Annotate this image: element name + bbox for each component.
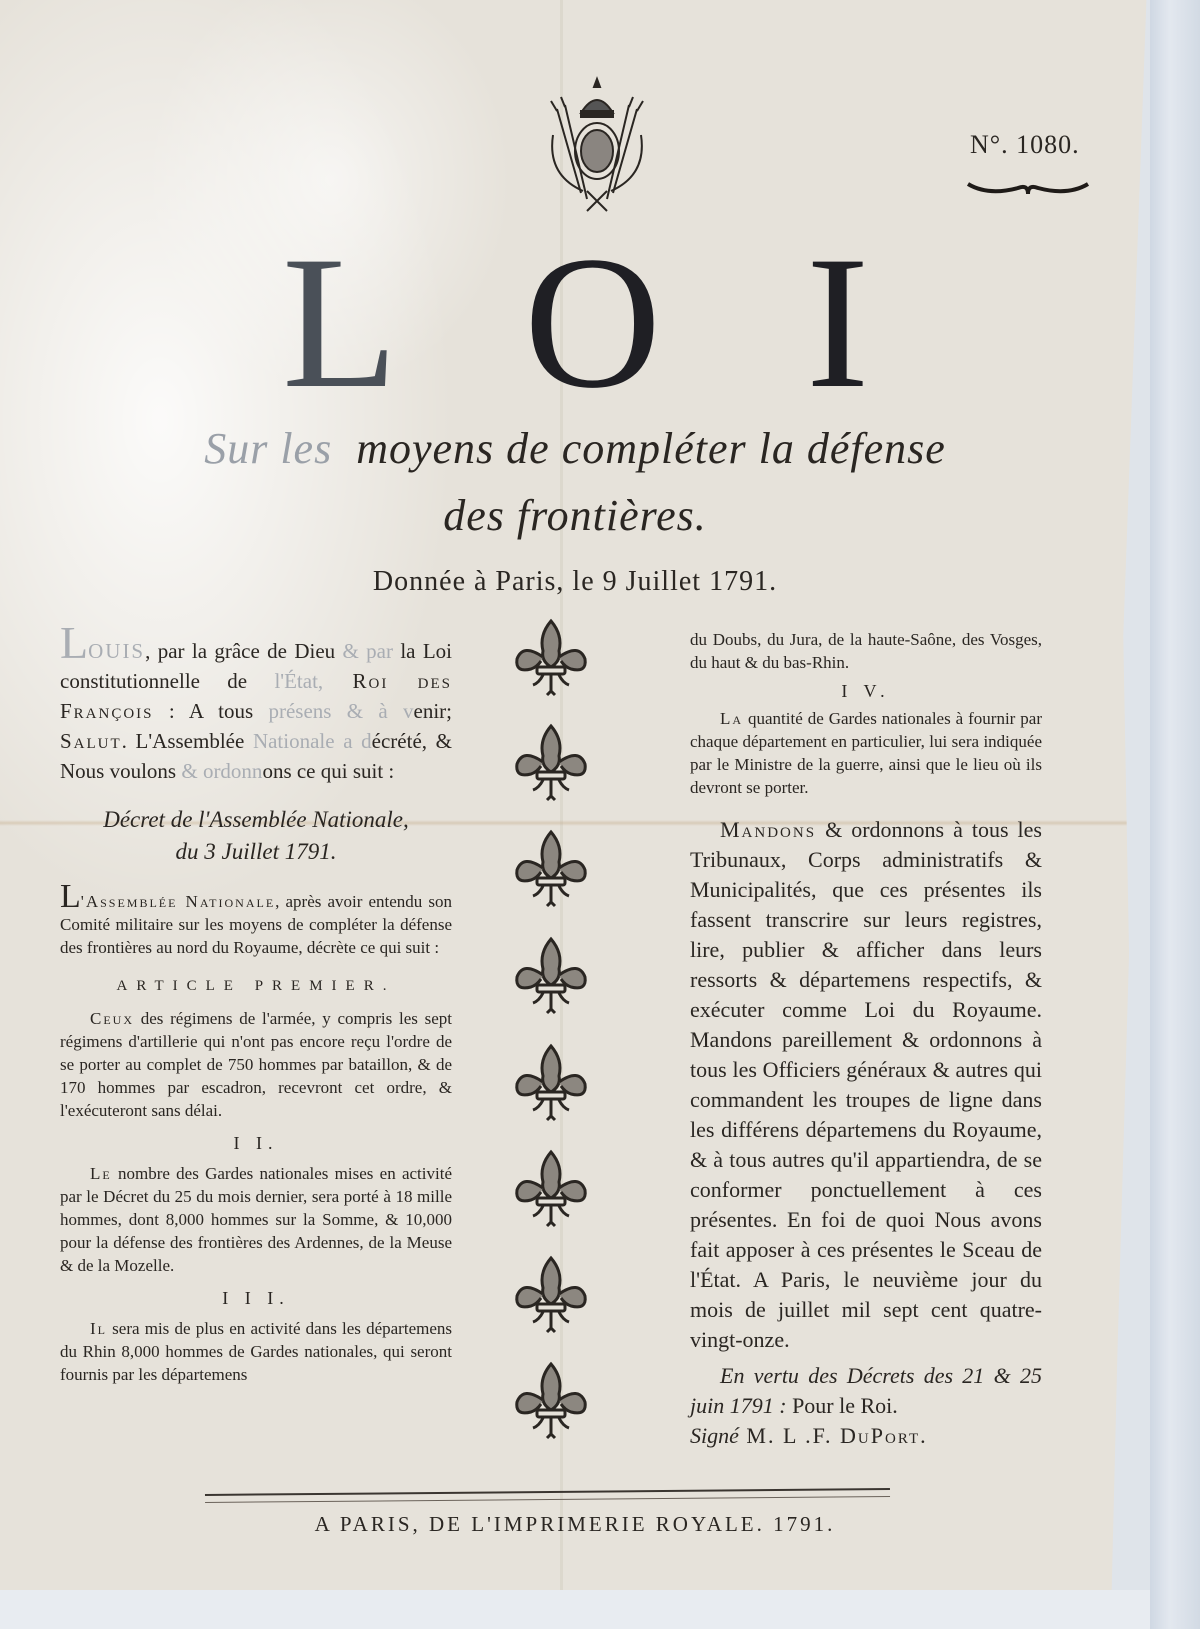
fleur-de-lis-icon: [513, 1360, 589, 1440]
frame-edge: [1150, 0, 1200, 1629]
article-body: Il sera mis de plus en activité dans les…: [60, 1317, 452, 1386]
signature: En vertu des Décrets des 21 & 25 juin 17…: [690, 1361, 1042, 1451]
article-heading: I I I.: [60, 1283, 452, 1313]
article-body: Ceux des régimens de l'armée, y compris …: [60, 1007, 452, 1122]
article-heading: I V.: [690, 680, 1042, 703]
title-letter: O: [524, 228, 661, 418]
subtitle: Sur les moyens de compléter la défense: [0, 423, 1150, 474]
subtitle: des frontières.: [0, 490, 1150, 541]
fleur-de-lis-icon: [513, 1042, 589, 1122]
preamble: LOUIS, par la grâce de Dieu & par la Loi…: [60, 628, 452, 786]
document-page: N°. 1080. L O I Sur les moyens de complé…: [0, 0, 1158, 1590]
right-column: du Doubs, du Jura, de la haute-Saône, de…: [690, 628, 1042, 1451]
page-title: L O I: [0, 228, 1150, 418]
title-letter: L: [282, 228, 398, 418]
left-column: LOUIS, par la grâce de Dieu & par la Loi…: [60, 628, 452, 1386]
fleur-de-lis-icon: [513, 828, 589, 908]
swash-ornament-icon: [966, 176, 1090, 196]
mandate: Mandons & ordonnons à tous les Tribunaux…: [690, 815, 1042, 1355]
article-heading: ARTICLE PREMIER.: [60, 971, 452, 1001]
fleur-de-lis-icon: [513, 722, 589, 802]
law-number: N°. 1080.: [970, 130, 1080, 160]
article-body-continued: du Doubs, du Jura, de la haute-Saône, de…: [690, 628, 1042, 674]
date-line: Donnée à Paris, le 9 Juillet 1791.: [0, 566, 1150, 598]
fleur-de-lis-icon: [513, 1254, 589, 1334]
title-letter: I: [806, 228, 869, 418]
article-heading: I I.: [60, 1128, 452, 1158]
fleur-de-lis-icon: [513, 617, 589, 697]
decree-intro: L'Assemblée Nationale, après avoir enten…: [60, 882, 452, 959]
divider-rule: [205, 1488, 890, 1503]
fleur-de-lis-icon: [513, 1148, 589, 1228]
backing-sheet: [0, 1590, 1150, 1629]
fleur-de-lis-icon: [513, 935, 589, 1015]
article-body: Le nombre des Gardes nationales mises en…: [60, 1162, 452, 1277]
decree-heading: Décret de l'Assemblée Nationale,du 3 Jui…: [60, 804, 452, 868]
royal-coat-of-arms-icon: [537, 75, 657, 215]
imprint: A PARIS, DE L'IMPRIMERIE ROYALE. 1791.: [0, 1512, 1150, 1537]
article-body: La quantité de Gardes nationales à fourn…: [690, 707, 1042, 799]
